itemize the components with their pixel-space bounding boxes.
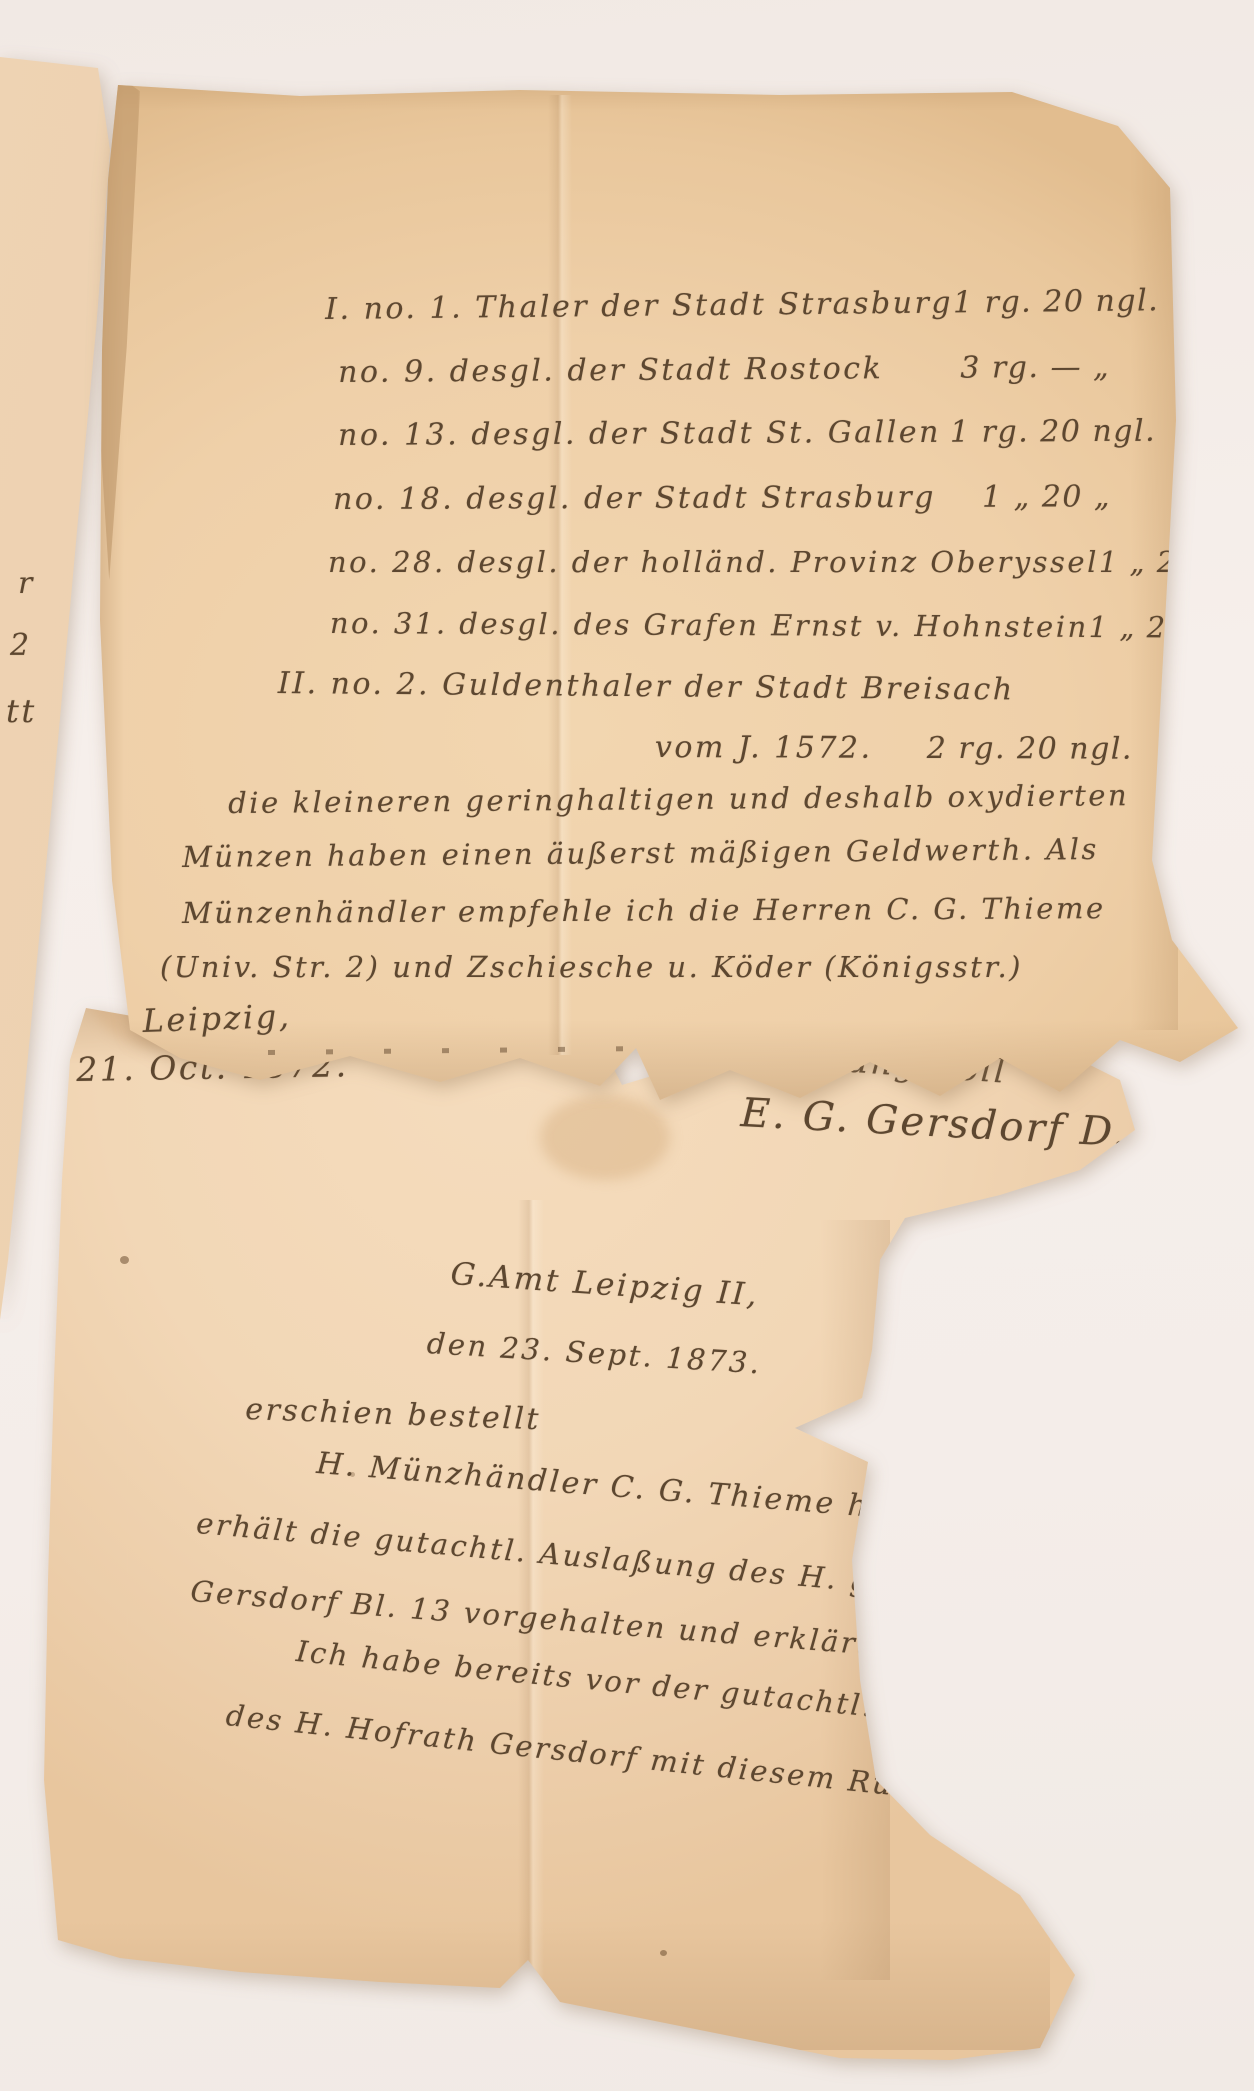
paragraph-line: Münzenhändler empfehle ich die Herren C.… [182,891,1106,930]
ledger-line-text: no. 13. desgl. der Stadt St. Gallen [338,415,941,453]
top-sheet: I. no. 1. Thaler der Stadt Strasburg 1 r… [0,0,1254,2091]
ledger-line: II. no. 2. Guldenthaler der Stadt Breisa… [278,666,918,707]
ledger-line-price: 2 rg. 20 ngl. [927,731,1133,767]
closing-place: Leipzig, [142,997,292,1040]
ledger-line: no. 18. desgl. der Stadt Strasburg 1 „ 2… [333,479,1111,517]
ledger-line-text: no. 31. desgl. des Grafen Ernst v. Hohns… [330,606,1089,644]
ledger-line-price: 1 rg. 20 ngl. [950,414,1156,450]
torn-fiber-seam [96,60,140,580]
ledger-line-price: 3 rg. — „ [960,350,1110,386]
paragraph-line: (Univ. Str. 2) und Zschiesche u. Köder (… [160,950,1023,984]
ledger-line-price: 1 „ 20 „ [982,479,1111,514]
ledger-line-text: II. no. 2. Guldenthaler der Stadt Breisa… [278,666,1015,707]
photograph-of-manuscripts: r 2 tt 21. Oct. 1872. Hochachtungsvoll E… [0,0,1254,2091]
ledger-line: no. 9. desgl. der Stadt Rostock 3 rg. — … [338,350,1110,390]
right-edge-shade [1130,130,1178,1030]
ledger-line-text: no. 9. desgl. der Stadt Rostock [338,351,883,390]
torn-fiber-ticks [268,1046,648,1055]
ledger-line-price: 1 rg. 20 ngl. [953,283,1159,320]
ledger-line-price: 1 „ 20 ngl. [1099,545,1254,579]
ledger-line: I. no. 1. Thaler der Stadt Strasburg 1 r… [325,283,1155,327]
ledger-line: no. 31. desgl. des Grafen Ernst v. Hohns… [330,606,1142,644]
ledger-line: no. 28. desgl. der holländ. Provinz Ober… [328,545,1156,579]
top-edge-shade [110,85,1170,111]
paragraph-line: Münzen haben einen äußerst mäßigen Geldw… [182,832,1099,874]
paragraph-line: die kleineren geringhaltigen und deshalb… [228,778,1129,820]
ledger-line: no. 13. desgl. der Stadt St. Gallen 1 rg… [338,414,1156,453]
ledger-line-text: I. no. 1. Thaler der Stadt Strasburg [325,285,953,327]
ledger-line-text: vom J. 1572. [655,730,873,766]
top-sheet-wrapper: I. no. 1. Thaler der Stadt Strasburg 1 r… [0,0,1254,2091]
ledger-line-text: no. 18. desgl. der Stadt Strasburg [333,480,936,517]
ledger-line-price: 1 „ 25 „ [1089,610,1214,645]
ledger-line-text: no. 28. desgl. der holländ. Provinz Ober… [328,545,1099,579]
ledger-line: vom J. 1572. 2 rg. 20 ngl. [655,730,1133,767]
